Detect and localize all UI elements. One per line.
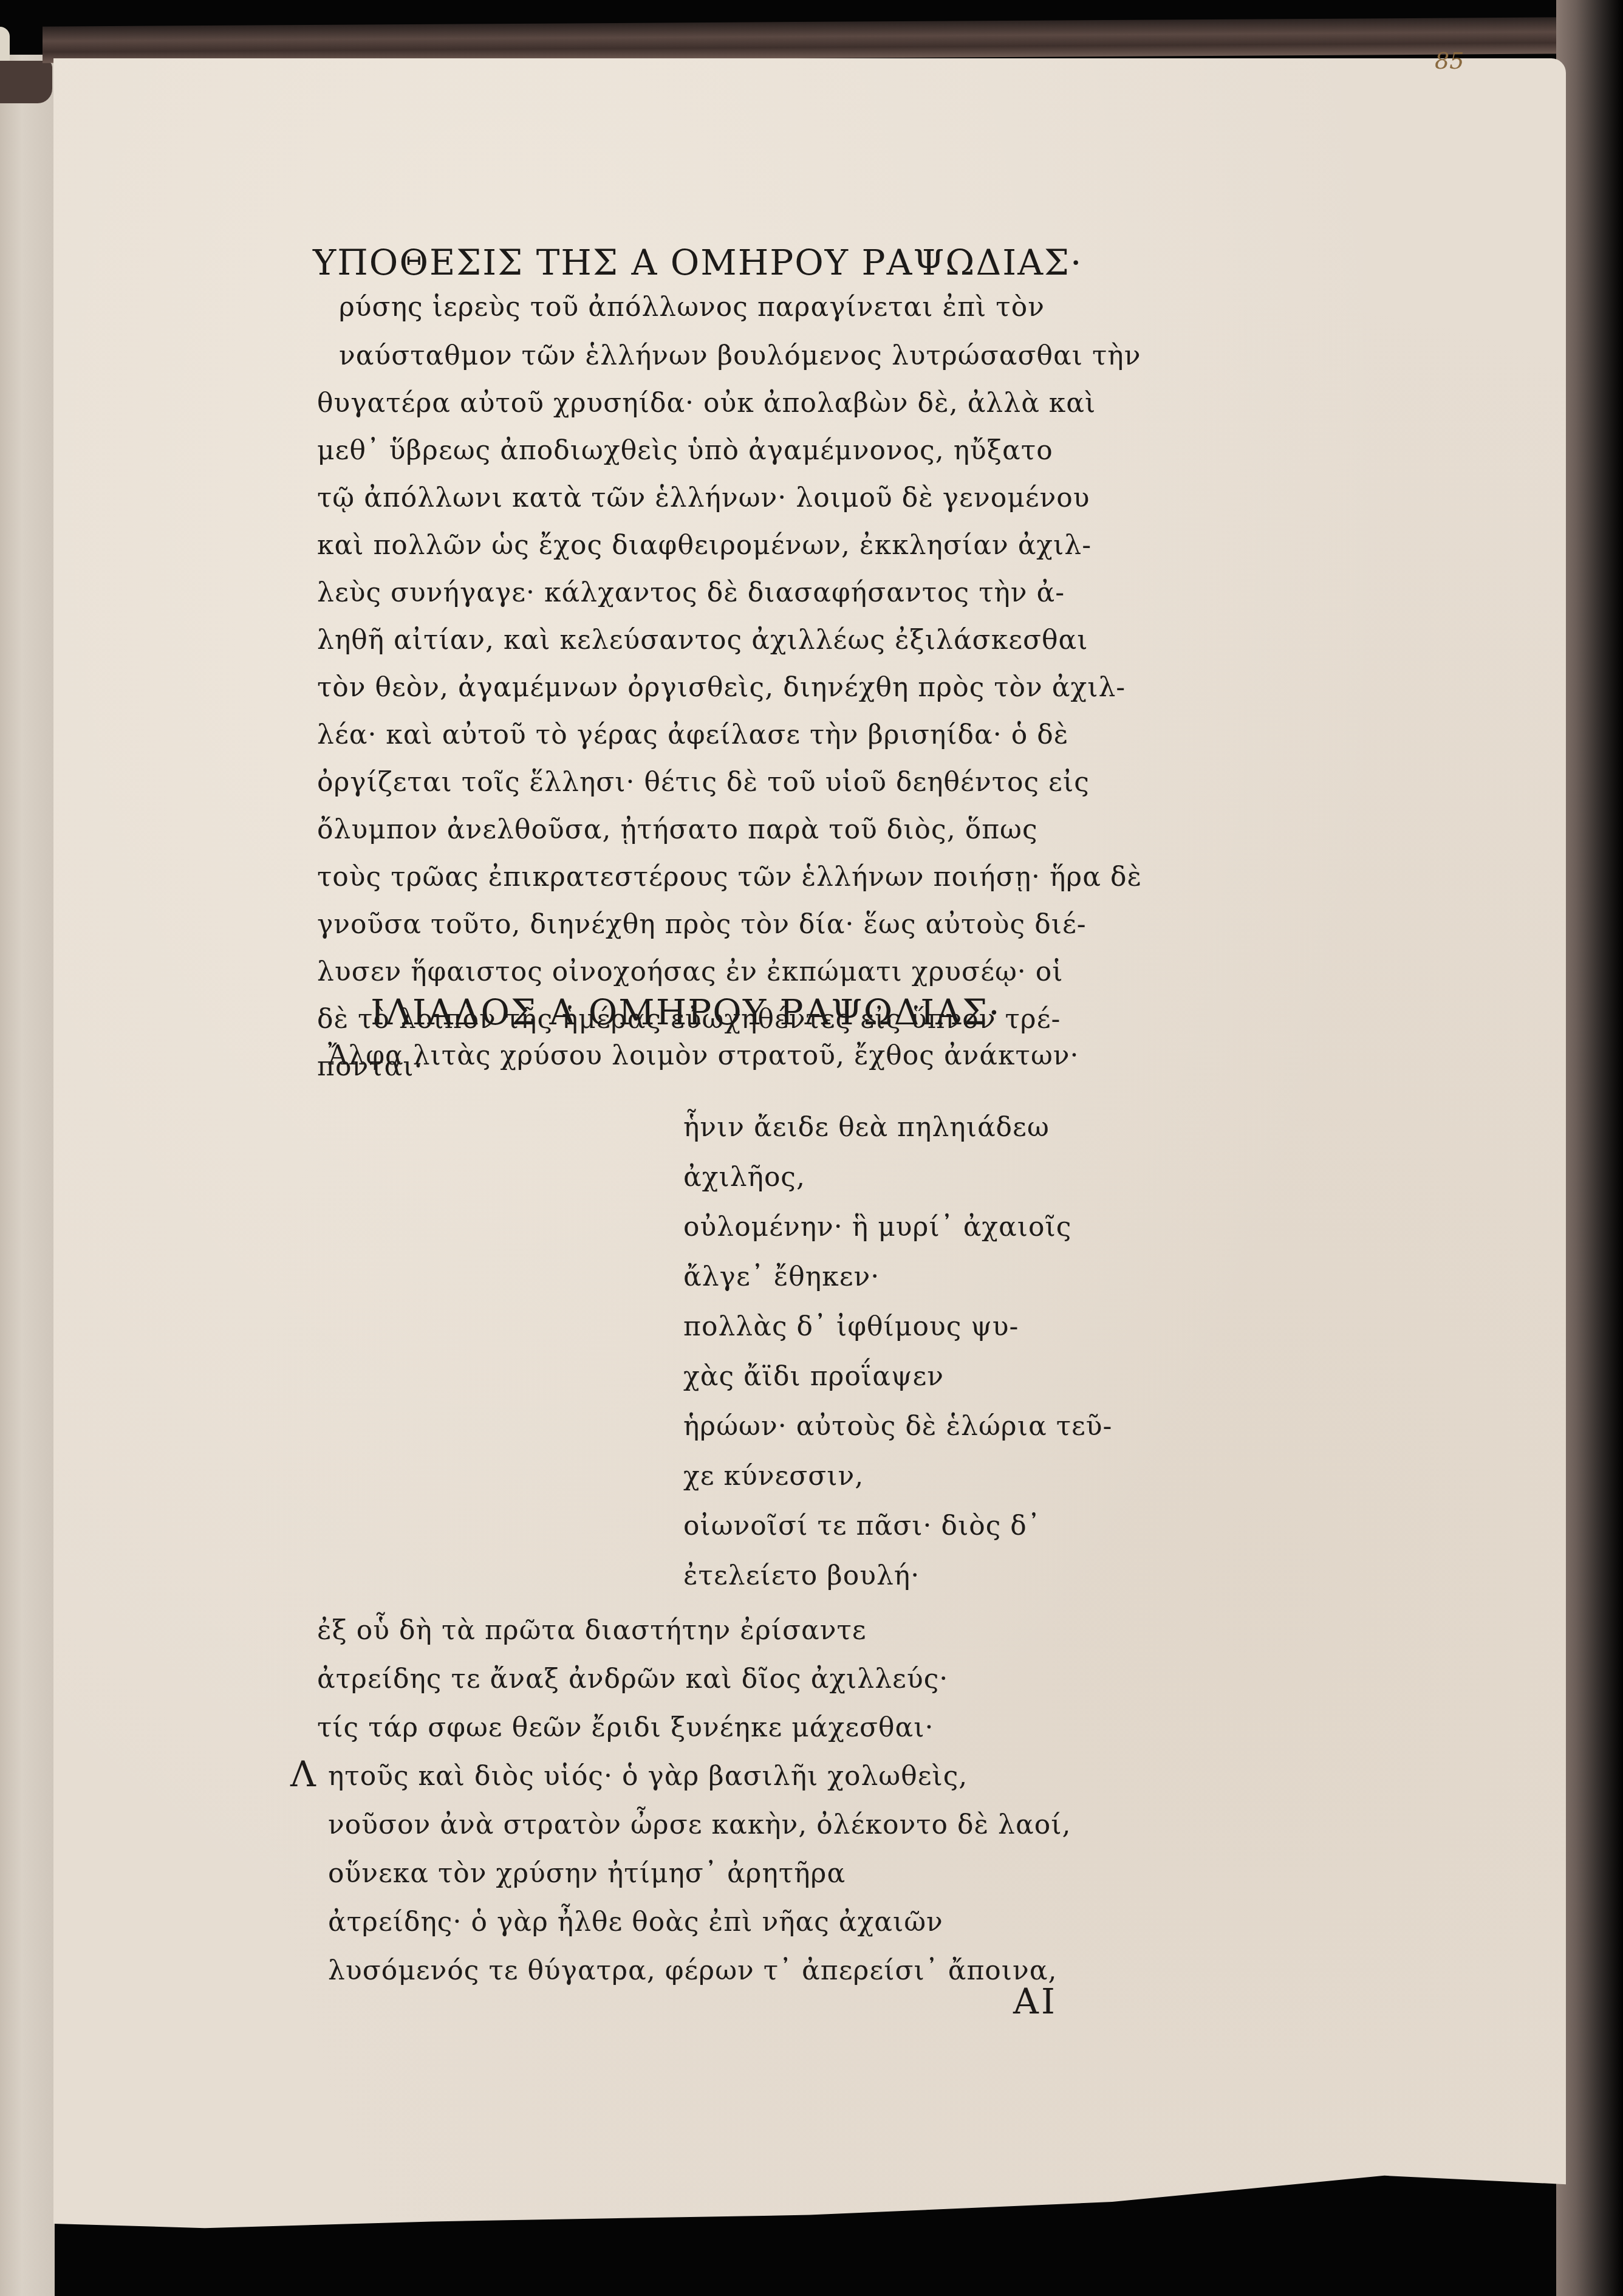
indented-verse: χὰς ἄϊδι προΐαψεν xyxy=(683,1361,944,1392)
binding-strip xyxy=(0,55,55,2296)
indented-verse: οἰωνοῖσί τε πᾶσι· διὸς δ᾽ xyxy=(683,1510,1041,1541)
verse-line: ητοῦς καὶ διὸς υἱός· ὁ γὰρ βασιλῆι χολωθ… xyxy=(328,1761,968,1792)
argument-line: γνοῦσα τοῦτο, διηνέχθη πρὸς τὸν δία· ἕως… xyxy=(317,909,1087,940)
iliad-heading: ΙΛΙΑΔΟΣ Α ΟΜΗΡΟΥ ΡΑΨΩΔΙΑΣ· xyxy=(371,992,1001,1033)
indented-verse: οὐλομένην· ἣ μυρί᾽ ἀχαιοῖς xyxy=(683,1211,1071,1242)
argument-line: καὶ πολλῶν ὡς ἔχος διαφθειρομένων, ἐκκλη… xyxy=(317,530,1092,561)
top-edge xyxy=(43,17,1573,63)
argument-line: ναύσταθμον τῶν ἑλλήνων βουλόμενος λυτρώσ… xyxy=(339,340,1141,371)
verse-line: οὕνεκα τὸν χρύσην ἠτίμησ᾽ ἀρητῆρα xyxy=(328,1858,846,1889)
argument-line: λυσεν ἥφαιστος οἰνοχοήσας ἐν ἐκπώματι χρ… xyxy=(317,956,1064,987)
verse-line: ἐξ οὗ δὴ τὰ πρῶτα διαστήτην ἐρίσαντε xyxy=(317,1615,867,1646)
argument-line: ὀργίζεται τοῖς ἕλλησι· θέτις δὲ τοῦ υἱοῦ… xyxy=(317,767,1090,798)
folio-number: 85 xyxy=(1435,47,1464,74)
indented-verse: ἧνιν ἄειδε θεὰ πηληιάδεω xyxy=(683,1112,1050,1143)
indented-verse: ἀχιλῆος, xyxy=(683,1162,805,1193)
indented-verse: ἡρώων· αὐτοὺς δὲ ἑλώρια τεῦ- xyxy=(683,1411,1112,1442)
verse-line: τίς τάρ σφωε θεῶν ἔριδι ξυνέηκε μάχεσθαι… xyxy=(317,1712,934,1743)
argument-line: τῷ ἀπόλλωνι κατὰ τῶν ἑλλήνων· λοιμοῦ δὲ … xyxy=(317,482,1090,513)
indented-verse: ἐτελείετο βουλή· xyxy=(683,1560,920,1591)
argument-line: τοὺς τρῶας ἐπικρατεστέρους τῶν ἑλλήνων π… xyxy=(317,862,1142,893)
binding-cap xyxy=(0,61,52,103)
initial-letter: Λ xyxy=(290,1753,316,1795)
argument-heading: ΥΠΟΘΕΣΙΣ ΤΗΣ Α ΟΜΗΡΟΥ ΡΑΨΩΔΙΑΣ· xyxy=(313,242,1083,283)
indented-verse: πολλὰς δ᾽ ἰφθίμους ψυ- xyxy=(683,1311,1019,1342)
indented-verse: χε κύνεσσιν, xyxy=(683,1461,864,1492)
argument-line: ρύσης ἱερεὺς τοῦ ἀπόλλωνος παραγίνεται ἐ… xyxy=(339,292,1045,323)
verse-line: ἀτρείδης τε ἄναξ ἀνδρῶν καὶ δῖος ἀχιλλεύ… xyxy=(317,1664,948,1695)
argument-line: θυγατέρα αὐτοῦ χρυσηίδα· οὐκ ἀπολαβὼν δὲ… xyxy=(317,388,1096,419)
argument-line: ληθῆ αἰτίαν, καὶ κελεύσαντος ἀχιλλέως ἐξ… xyxy=(317,625,1088,656)
argument-line: λέα· καὶ αὐτοῦ τὸ γέρας ἀφείλασε τὴν βρι… xyxy=(317,719,1068,750)
argument-line: ὄλυμπον ἀνελθοῦσα, ᾐτήσατο παρὰ τοῦ διὸς… xyxy=(317,814,1038,845)
argument-line: μεθ᾽ ὕβρεως ἀποδιωχθεὶς ὑπὸ ἀγαμέμνονος,… xyxy=(317,435,1053,466)
argument-line: λεὺς συνήγαγε· κάλχαντος δὲ διασαφήσαντο… xyxy=(317,577,1065,608)
verse-line: νοῦσον ἀνὰ στρατὸν ὦρσε κακὴν, ὀλέκοντο … xyxy=(328,1809,1071,1840)
argument-line: τὸν θεὸν, ἀγαμέμνων ὀργισθεὶς, διηνέχθη … xyxy=(317,672,1126,703)
verse-line: ἀτρείδης· ὁ γὰρ ἦλθε θοὰς ἐπὶ νῆας ἀχαιῶ… xyxy=(328,1907,943,1938)
indented-verse: ἄλγε᾽ ἔθηκεν· xyxy=(683,1261,880,1292)
signature-mark: AI xyxy=(1013,1981,1058,2022)
fore-edge xyxy=(1556,0,1623,2296)
iliad-summary-line: Ἄλφα λιτὰς χρύσου λοιμὸν στρατοῦ, ἔχθος … xyxy=(328,1040,1079,1071)
verse-line: λυσόμενός τε θύγατρα, φέρων τ᾽ ἀπερείσι᾽… xyxy=(328,1955,1058,1986)
